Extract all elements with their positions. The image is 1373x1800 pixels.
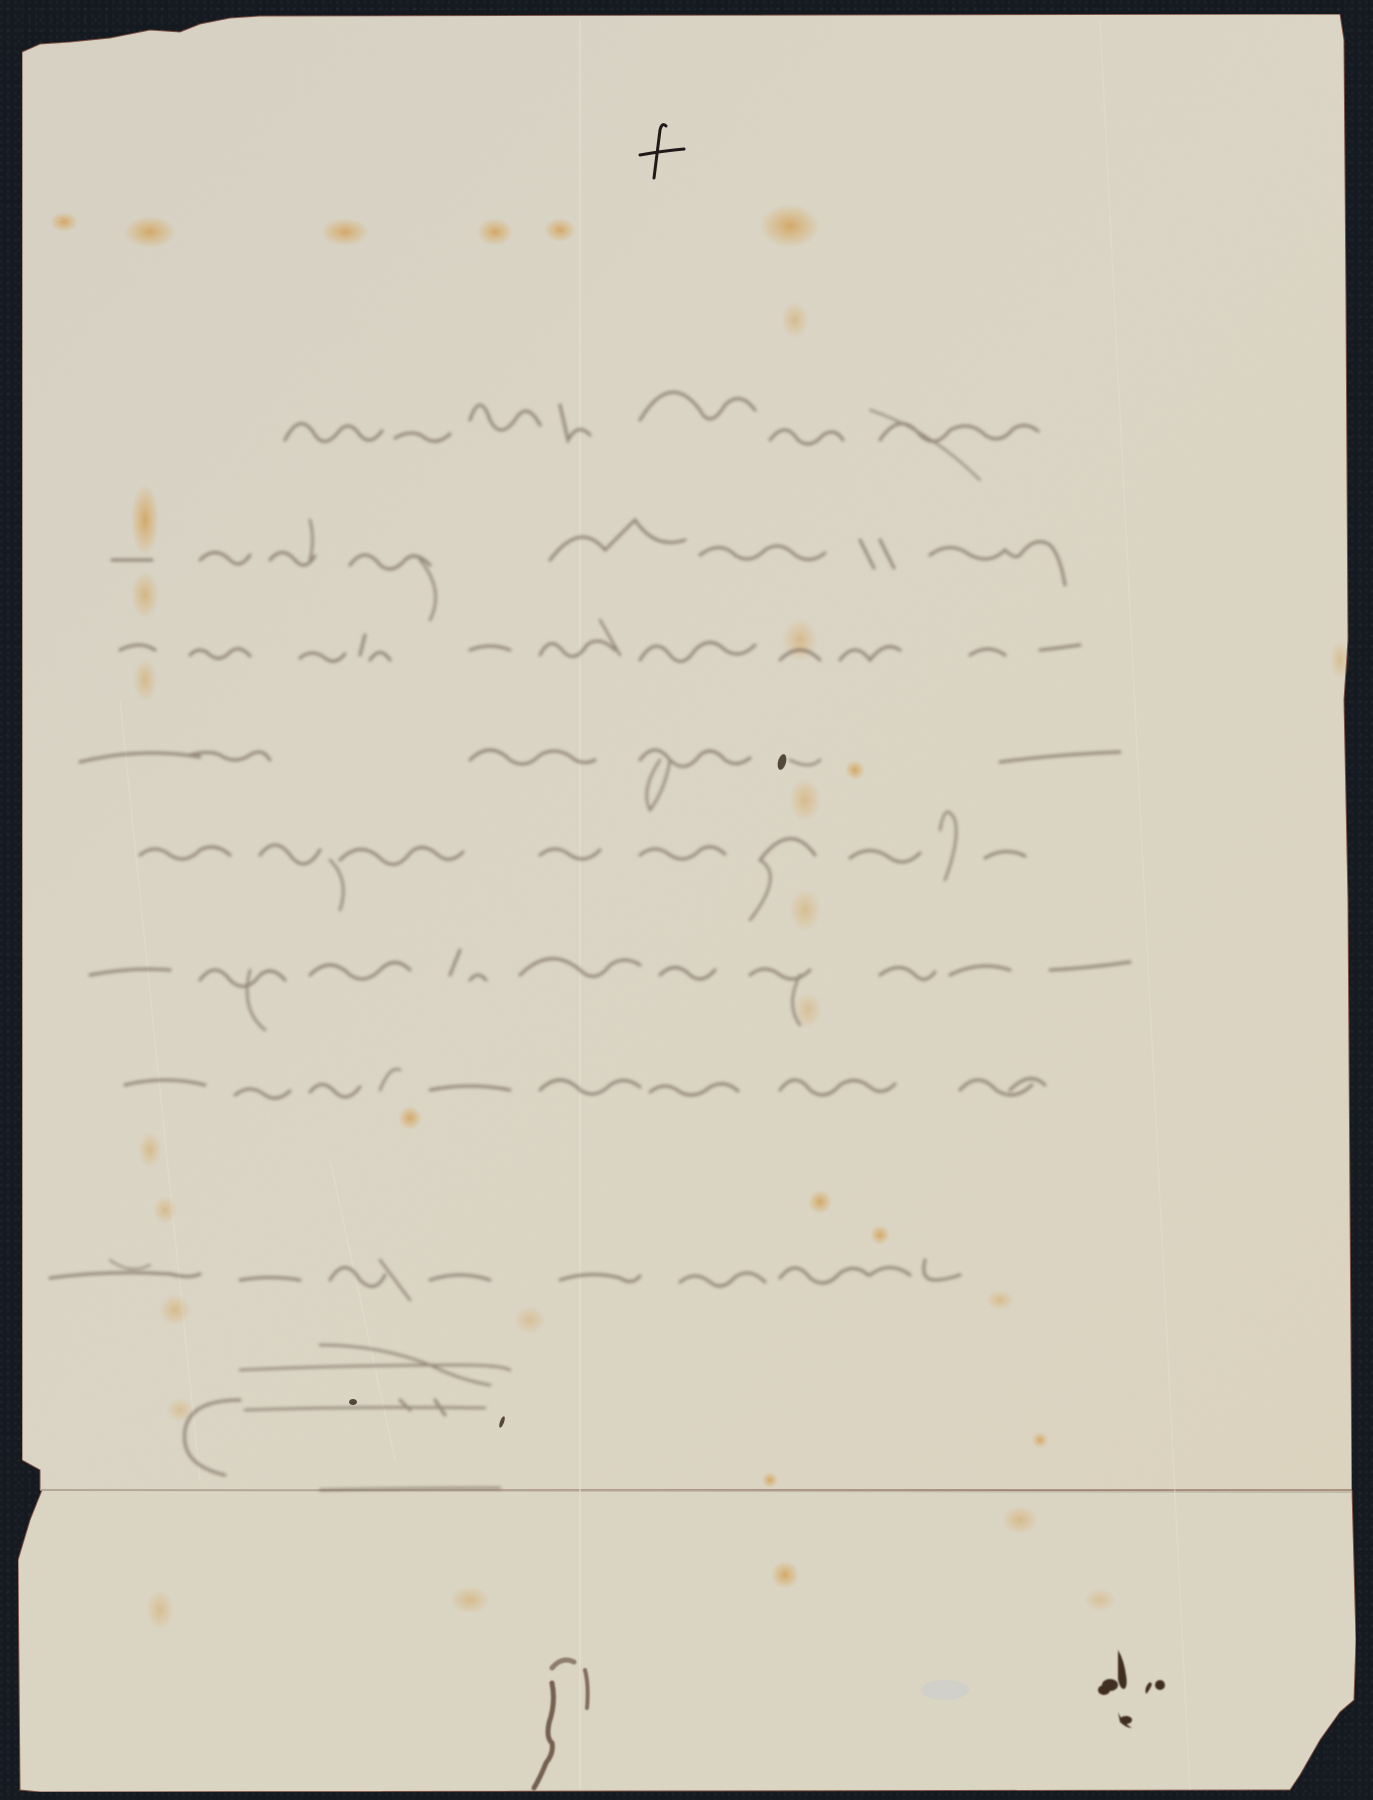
paper-sheet [0, 0, 1373, 1800]
paper-lower-panel [18, 1490, 1356, 1792]
catalog-mark-f [636, 118, 686, 188]
paper-upper-panel [22, 14, 1352, 1490]
stamp-smudge [921, 1680, 969, 1700]
